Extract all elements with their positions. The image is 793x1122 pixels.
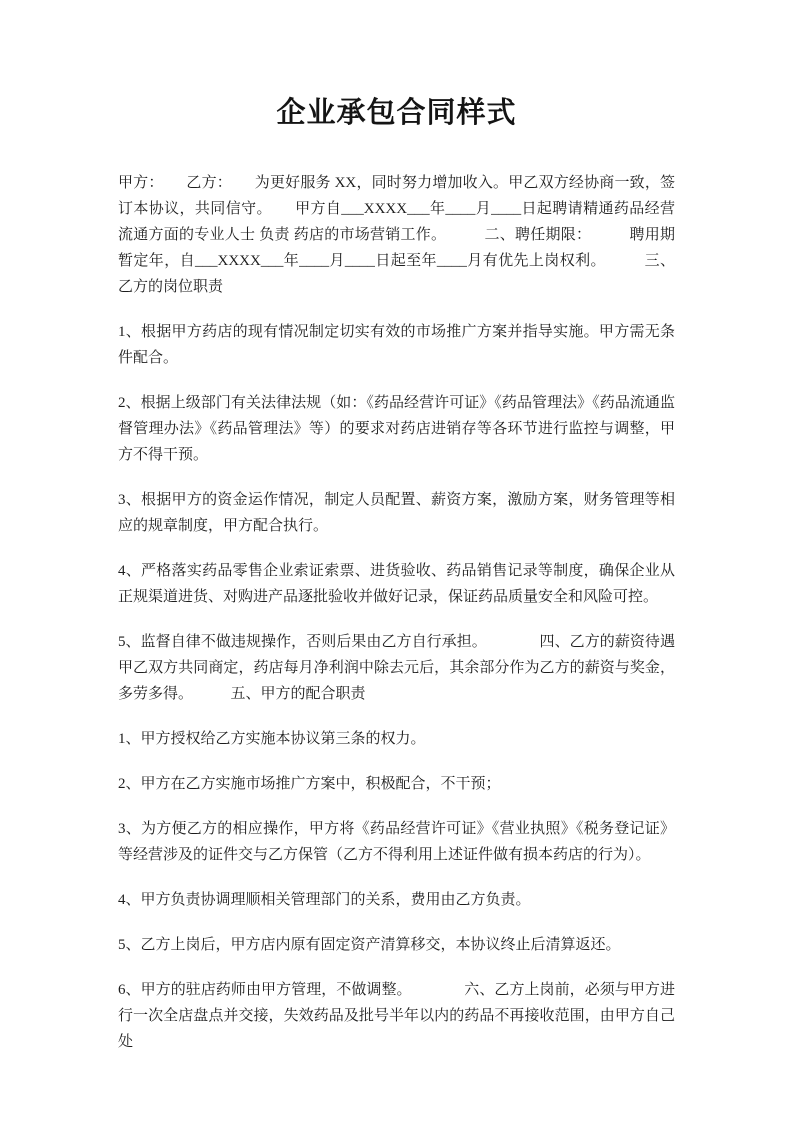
paragraph-coop-6-and-handover: 6、甲方的驻店药师由甲方管理，不做调整。 六、乙方上岗前，必须与甲方进行一次全店… — [118, 977, 675, 1055]
paragraph-coop-1: 1、甲方授权给乙方实施本协议第三条的权力。 — [118, 726, 675, 752]
paragraph-duty-3: 3、根据甲方的资金运作情况，制定人员配置、薪资方案，激励方案，财务管理等相应的规… — [118, 487, 675, 539]
paragraph-duty-5-and-salary: 5、监督自律不做违规操作，否则后果由乙方自行承担。 四、乙方的薪资待遇甲乙双方共… — [118, 629, 675, 707]
paragraph-duty-4: 4、严格落实药品零售企业索证索票、进货验收、药品销售记录等制度，确保企业从正规渠… — [118, 558, 675, 610]
paragraph-duty-2: 2、根据上级部门有关法律法规（如：《药品经营许可证》《药品管理法》《药品流通监督… — [118, 390, 675, 468]
paragraph-coop-2: 2、甲方在乙方实施市场推广方案中，积极配合，不干预； — [118, 771, 675, 797]
paragraph-coop-4: 4、甲方负责协调理顺相关管理部门的关系，费用由乙方负责。 — [118, 887, 675, 913]
paragraph-duty-1: 1、根据甲方药店的现有情况制定切实有效的市场推广方案并指导实施。甲方需无条件配合… — [118, 319, 675, 371]
document-body: 甲方： 乙方： 为更好服务 XX，同时努力增加收入。甲乙双方经协商一致，签订本协… — [118, 170, 675, 1055]
paragraph-intro: 甲方： 乙方： 为更好服务 XX，同时努力增加收入。甲乙双方经协商一致，签订本协… — [118, 170, 675, 300]
document-page: 企业承包合同样式 甲方： 乙方： 为更好服务 XX，同时努力增加收入。甲乙双方经… — [0, 0, 793, 1122]
paragraph-coop-3: 3、为方便乙方的相应操作，甲方将《药品经营许可证》《营业执照》《税务登记证》等经… — [118, 816, 675, 868]
paragraph-coop-5: 5、乙方上岗后，甲方店内原有固定资产清算移交，本协议终止后清算返还。 — [118, 932, 675, 958]
page-title: 企业承包合同样式 — [118, 97, 675, 130]
